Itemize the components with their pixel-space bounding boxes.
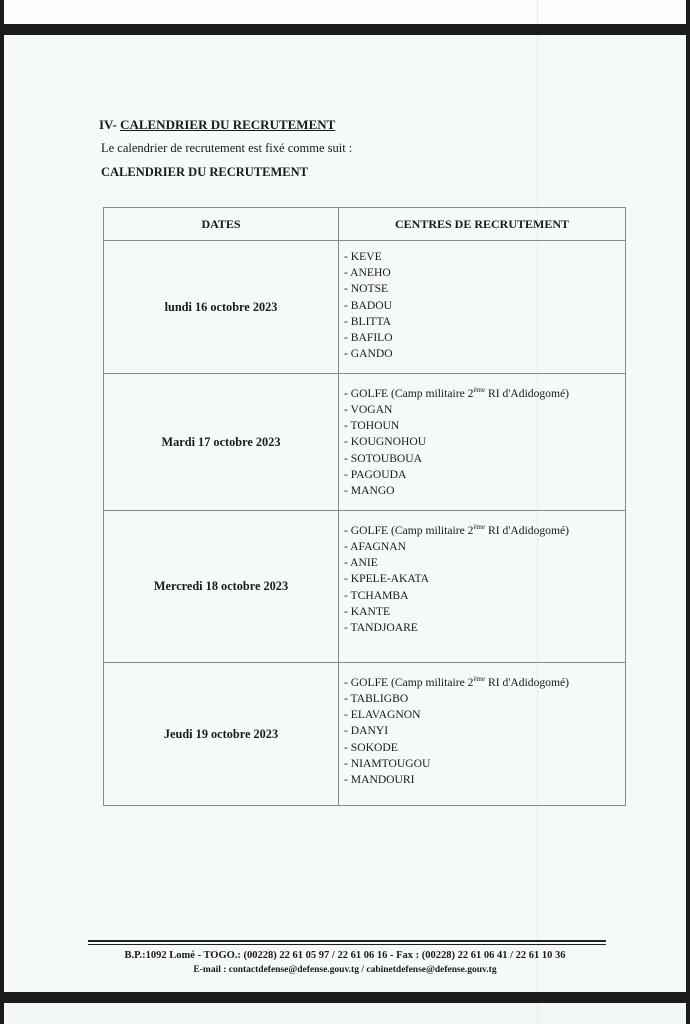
date-cell: Mercredi 18 octobre 2023 [104, 511, 339, 663]
table-header-row: DATES CENTRES DE RECRUTEMENT [104, 208, 626, 241]
centre-item: - MANGO [344, 483, 625, 499]
recruitment-calendar-table: DATES CENTRES DE RECRUTEMENT lundi 16 oc… [103, 207, 626, 806]
footer-rule-thick [88, 940, 606, 942]
previous-page-edge [4, 0, 686, 24]
date-cell: Mardi 17 octobre 2023 [104, 374, 339, 511]
centre-item: - TOHOUN [344, 418, 625, 434]
section-heading: IV- CALENDRIER DU RECRUTEMENT [99, 117, 335, 133]
centres-cell: - GOLFE (Camp militaire 2ème RI d'Adidog… [339, 663, 626, 806]
centre-item: - TCHAMBA [344, 588, 625, 604]
footer-email: E-mail : contactdefense@defense.gouv.tg … [0, 965, 690, 975]
table-title: CALENDRIER DU RECRUTEMENT [101, 165, 308, 180]
centre-item: - BLITTA [344, 314, 625, 330]
centre-item: - KPELE-AKATA [344, 571, 625, 587]
centre-item: - PAGOUDA [344, 467, 625, 483]
centre-item: - GANDO [344, 346, 625, 362]
section-number: IV- [99, 117, 117, 132]
next-page-edge [4, 1003, 686, 1024]
centre-item: - KANTE [344, 604, 625, 620]
centres-cell: - GOLFE (Camp militaire 2ème RI d'Adidog… [339, 374, 626, 511]
intro-text: Le calendrier de recrutement est fixé co… [101, 141, 352, 156]
centre-item: - BADOU [344, 298, 625, 314]
centre-item: - KEVE [344, 249, 625, 265]
centre-item: - NOTSE [344, 281, 625, 297]
centre-item: - KOUGNOHOU [344, 434, 625, 450]
table-row: Jeudi 19 octobre 2023- GOLFE (Camp milit… [104, 663, 626, 806]
date-cell: Jeudi 19 octobre 2023 [104, 663, 339, 806]
footer-rule-thin [88, 944, 606, 945]
centre-item: - ELAVAGNON [344, 707, 625, 723]
centres-cell: - GOLFE (Camp militaire 2ème RI d'Adidog… [339, 511, 626, 663]
centre-item: - GOLFE (Camp militaire 2ème RI d'Adidog… [344, 671, 625, 691]
section-title: CALENDRIER DU RECRUTEMENT [120, 117, 335, 132]
centre-item: - MANDOURI [344, 772, 625, 788]
centre-item: - ANIE [344, 555, 625, 571]
centre-item: - GOLFE (Camp militaire 2ème RI d'Adidog… [344, 382, 625, 402]
table-row: Mercredi 18 octobre 2023- GOLFE (Camp mi… [104, 511, 626, 663]
centre-item: - SOTOUBOUA [344, 451, 625, 467]
centre-item: - SOKODE [344, 740, 625, 756]
date-cell: lundi 16 octobre 2023 [104, 241, 339, 374]
centres-cell: - KEVE- ANEHO- NOTSE- BADOU- BLITTA- BAF… [339, 241, 626, 374]
centre-item: - GOLFE (Camp militaire 2ème RI d'Adidog… [344, 519, 625, 539]
centre-item: - TANDJOARE [344, 620, 625, 636]
centre-item: - TABLIGBO [344, 691, 625, 707]
footer-address: B.P.:1092 Lomé - TOGO.: (00228) 22 61 05… [0, 950, 690, 961]
header-centres: CENTRES DE RECRUTEMENT [339, 208, 626, 241]
table-row: Mardi 17 octobre 2023- GOLFE (Camp milit… [104, 374, 626, 511]
centre-item: - ANEHO [344, 265, 625, 281]
centre-item: - NIAMTOUGOU [344, 756, 625, 772]
centre-item: - BAFILO [344, 330, 625, 346]
centre-item: - AFAGNAN [344, 539, 625, 555]
table-row: lundi 16 octobre 2023- KEVE- ANEHO- NOTS… [104, 241, 626, 374]
centre-item: - DANYI [344, 723, 625, 739]
header-dates: DATES [104, 208, 339, 241]
centre-item: - VOGAN [344, 402, 625, 418]
